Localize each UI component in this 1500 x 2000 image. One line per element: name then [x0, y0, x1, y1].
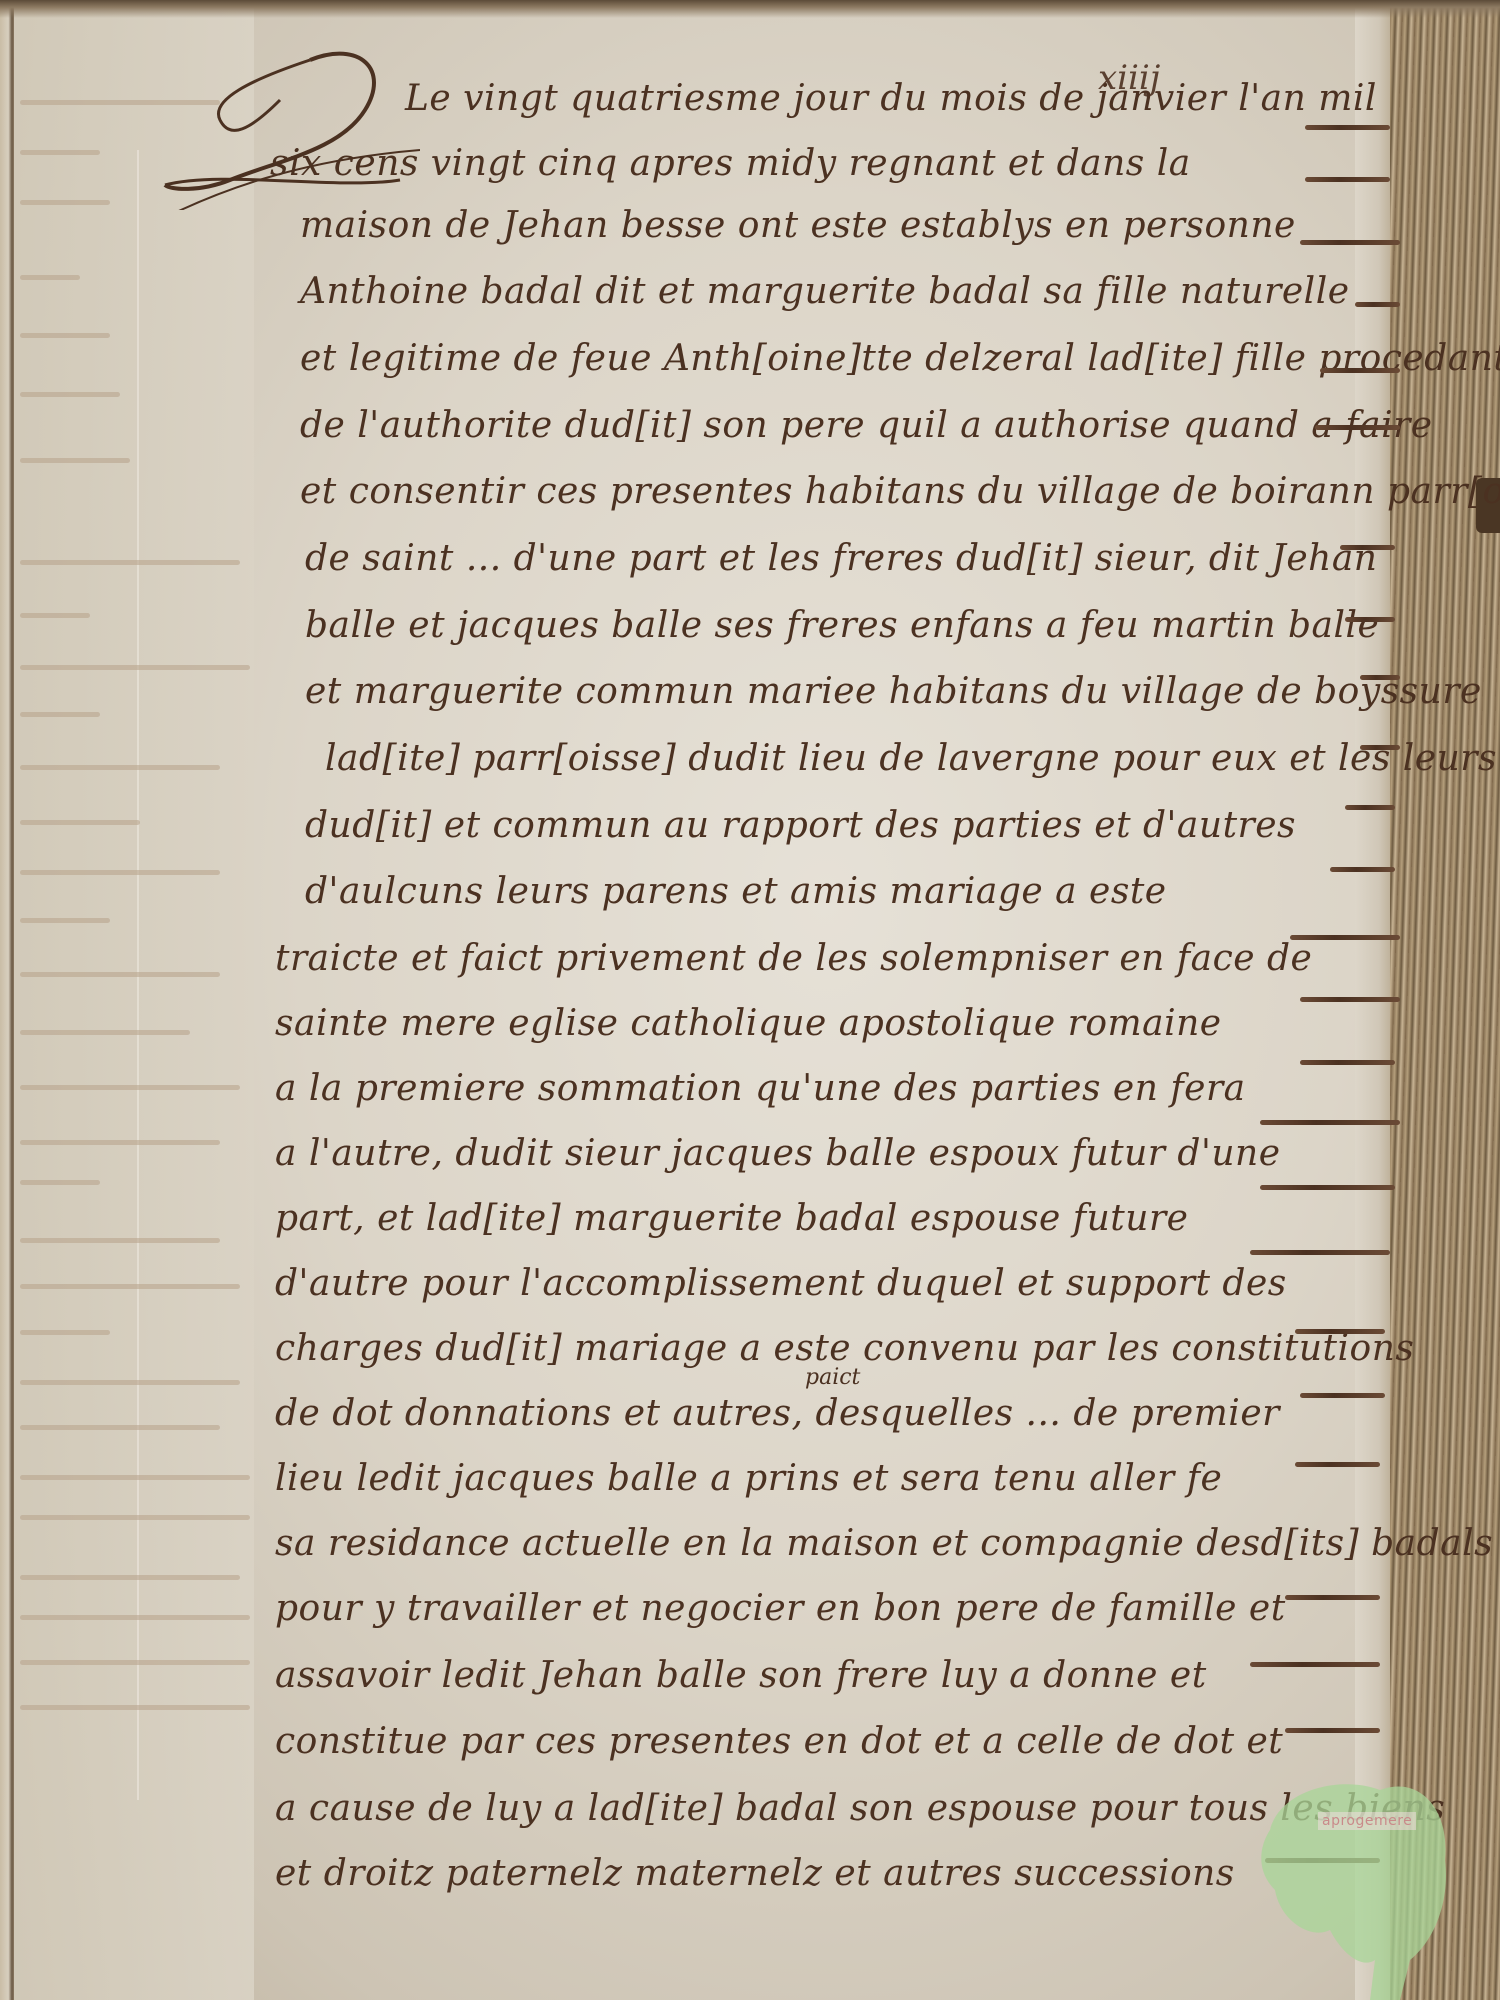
text-line: de saint ... d'une part et les freres du…: [305, 538, 1377, 579]
aprogemere-logo-icon: [1250, 1770, 1455, 2000]
left-margin-bleedthrough: [14, 0, 254, 2000]
line-filler-stroke: [1340, 545, 1395, 550]
text-line: et legitime de feue Anth[oine]tte delzer…: [300, 338, 1500, 379]
line-filler-stroke: [1300, 1393, 1385, 1398]
frayed-page-stack: [1390, 0, 1500, 2000]
line-filler-stroke: [1305, 125, 1390, 130]
line-filler-stroke: [1295, 1329, 1385, 1334]
text-line: balle et jacques balle ses freres enfans…: [305, 605, 1379, 646]
text-line: traicte et faict privement de les solemp…: [275, 938, 1312, 979]
text-line: maison de Jehan besse ont este establys …: [300, 205, 1296, 246]
text-line: Anthoine badal dit et marguerite badal s…: [300, 271, 1350, 312]
line-filler-stroke: [1360, 745, 1400, 750]
line-filler-stroke: [1305, 177, 1390, 182]
line-filler-stroke: [1250, 1662, 1380, 1667]
line-filler-stroke: [1315, 425, 1400, 430]
line-filler-stroke: [1330, 867, 1395, 872]
manuscript-page: xiiij Le vingt quatriesme jour du mois d…: [0, 0, 1500, 2000]
text-line: Le vingt quatriesme jour du mois de janv…: [405, 78, 1377, 119]
interlinear-insertion: paict: [805, 1365, 860, 1390]
text-line: assavoir ledit Jehan balle son frere luy…: [275, 1655, 1207, 1696]
text-line: sainte mere eglise catholique apostoliqu…: [275, 1003, 1222, 1044]
text-line: pour y travailler et negocier en bon per…: [275, 1588, 1286, 1629]
line-filler-stroke: [1285, 1728, 1380, 1733]
decorated-initial-letter: [160, 40, 420, 210]
text-line: a la premiere sommation qu'une des parti…: [275, 1068, 1246, 1109]
text-line: et droitz paternelz maternelz et autres …: [275, 1853, 1235, 1894]
text-line: dud[it] et commun au rapport des parties…: [305, 805, 1296, 846]
line-filler-stroke: [1355, 302, 1400, 307]
line-filler-stroke: [1360, 675, 1400, 680]
top-edge-shadow: [0, 0, 1500, 18]
line-filler-stroke: [1300, 240, 1400, 245]
text-line: part, et lad[ite] marguerite badal espou…: [275, 1198, 1188, 1239]
binding-gutter: [0, 0, 14, 2000]
line-filler-stroke: [1300, 997, 1400, 1002]
line-filler-stroke: [1300, 1060, 1395, 1065]
text-line: et marguerite commun mariee habitans du …: [305, 671, 1482, 712]
line-filler-stroke: [1250, 1250, 1390, 1255]
text-line: d'aulcuns leurs parens et amis mariage a…: [305, 871, 1167, 912]
text-line: a l'autre, dudit sieur jacques balle esp…: [275, 1133, 1281, 1174]
line-filler-stroke: [1295, 1462, 1380, 1467]
line-filler-stroke: [1290, 935, 1400, 940]
line-filler-stroke: [1260, 1185, 1395, 1190]
text-line: constitue par ces presentes en dot et a …: [275, 1721, 1283, 1762]
text-line: d'autre pour l'accomplissement duquel et…: [275, 1263, 1287, 1304]
text-line: et consentir ces presentes habitans du v…: [300, 471, 1500, 512]
watermark-label: aprogemere: [1318, 1812, 1416, 1830]
line-filler-stroke: [1260, 1120, 1400, 1125]
line-filler-stroke: [1345, 617, 1395, 622]
text-line: de dot donnations et autres, desquelles …: [275, 1393, 1280, 1434]
text-line: lieu ledit jacques balle a prins et sera…: [275, 1458, 1222, 1499]
line-filler-stroke: [1320, 368, 1400, 373]
text-line: charges dud[it] mariage a este convenu p…: [275, 1328, 1414, 1369]
text-line: lad[ite] parr[oisse] dudit lieu de laver…: [325, 738, 1497, 779]
line-filler-stroke: [1345, 805, 1395, 810]
text-line: six cens vingt cinq apres midy regnant e…: [270, 143, 1191, 184]
text-line: de l'authorite dud[it] son pere quil a a…: [300, 405, 1433, 446]
line-filler-stroke: [1285, 1595, 1380, 1600]
text-line: sa residance actuelle en la maison et co…: [275, 1523, 1493, 1564]
